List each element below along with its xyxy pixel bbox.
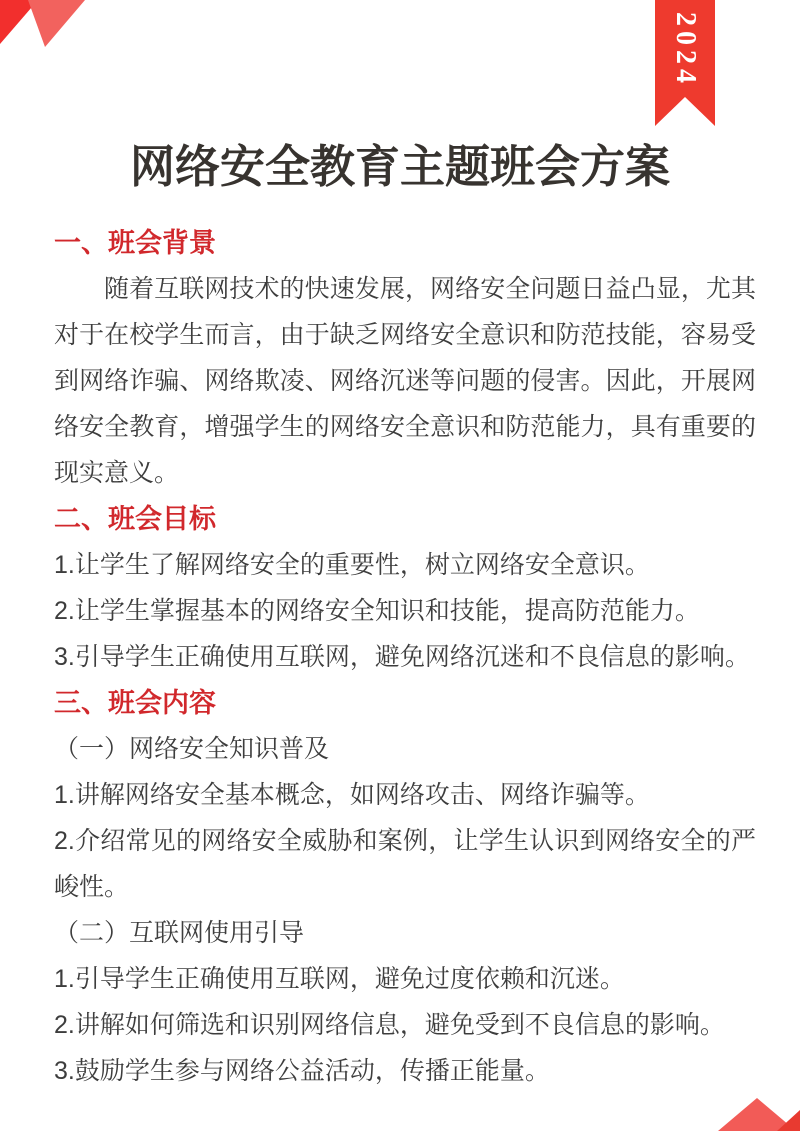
subsection-heading-guidance: （二）互联网使用引导	[54, 910, 756, 956]
goals-item-2: 2.让学生掌握基本的网络安全知识和技能，提高防范能力。	[54, 588, 756, 634]
section-heading-background: 一、班会背景	[54, 220, 756, 266]
corner-ribbon-topleft-icon	[0, 0, 100, 100]
knowledge-item-1: 1.讲解网络安全基本概念，如网络攻击、网络诈骗等。	[54, 772, 756, 818]
goals-item-3: 3.引导学生正确使用互联网，避免网络沉迷和不良信息的影响。	[54, 634, 756, 680]
guidance-item-2: 2.讲解如何筛选和识别网络信息，避免受到不良信息的影响。	[54, 1002, 756, 1048]
page-title: 网络安全教育主题班会方案	[0, 141, 800, 193]
guidance-item-1: 1.引导学生正确使用互联网，避免过度依赖和沉迷。	[54, 956, 756, 1002]
goals-item-1: 1.让学生了解网络安全的重要性，树立网络安全意识。	[54, 542, 756, 588]
section-background-paragraph: 随着互联网技术的快速发展，网络安全问题日益凸显，尤其对于在校学生而言，由于缺乏网…	[54, 266, 756, 496]
section-heading-content: 三、班会内容	[54, 680, 756, 726]
subsection-heading-knowledge: （一）网络安全知识普及	[54, 726, 756, 772]
year-label: 2024	[669, 0, 701, 126]
corner-ribbon-topleft	[0, 0, 100, 100]
guidance-item-3: 3.鼓励学生参与网络公益活动，传播正能量。	[54, 1048, 756, 1094]
section-heading-goals: 二、班会目标	[54, 496, 756, 542]
year-bookmark-ribbon: 2024	[655, 0, 715, 126]
knowledge-item-2: 2.介绍常见的网络安全威胁和案例，让学生认识到网络安全的严峻性。	[54, 818, 756, 910]
document-body: 一、班会背景 随着互联网技术的快速发展，网络安全问题日益凸显，尤其对于在校学生而…	[54, 220, 756, 1094]
